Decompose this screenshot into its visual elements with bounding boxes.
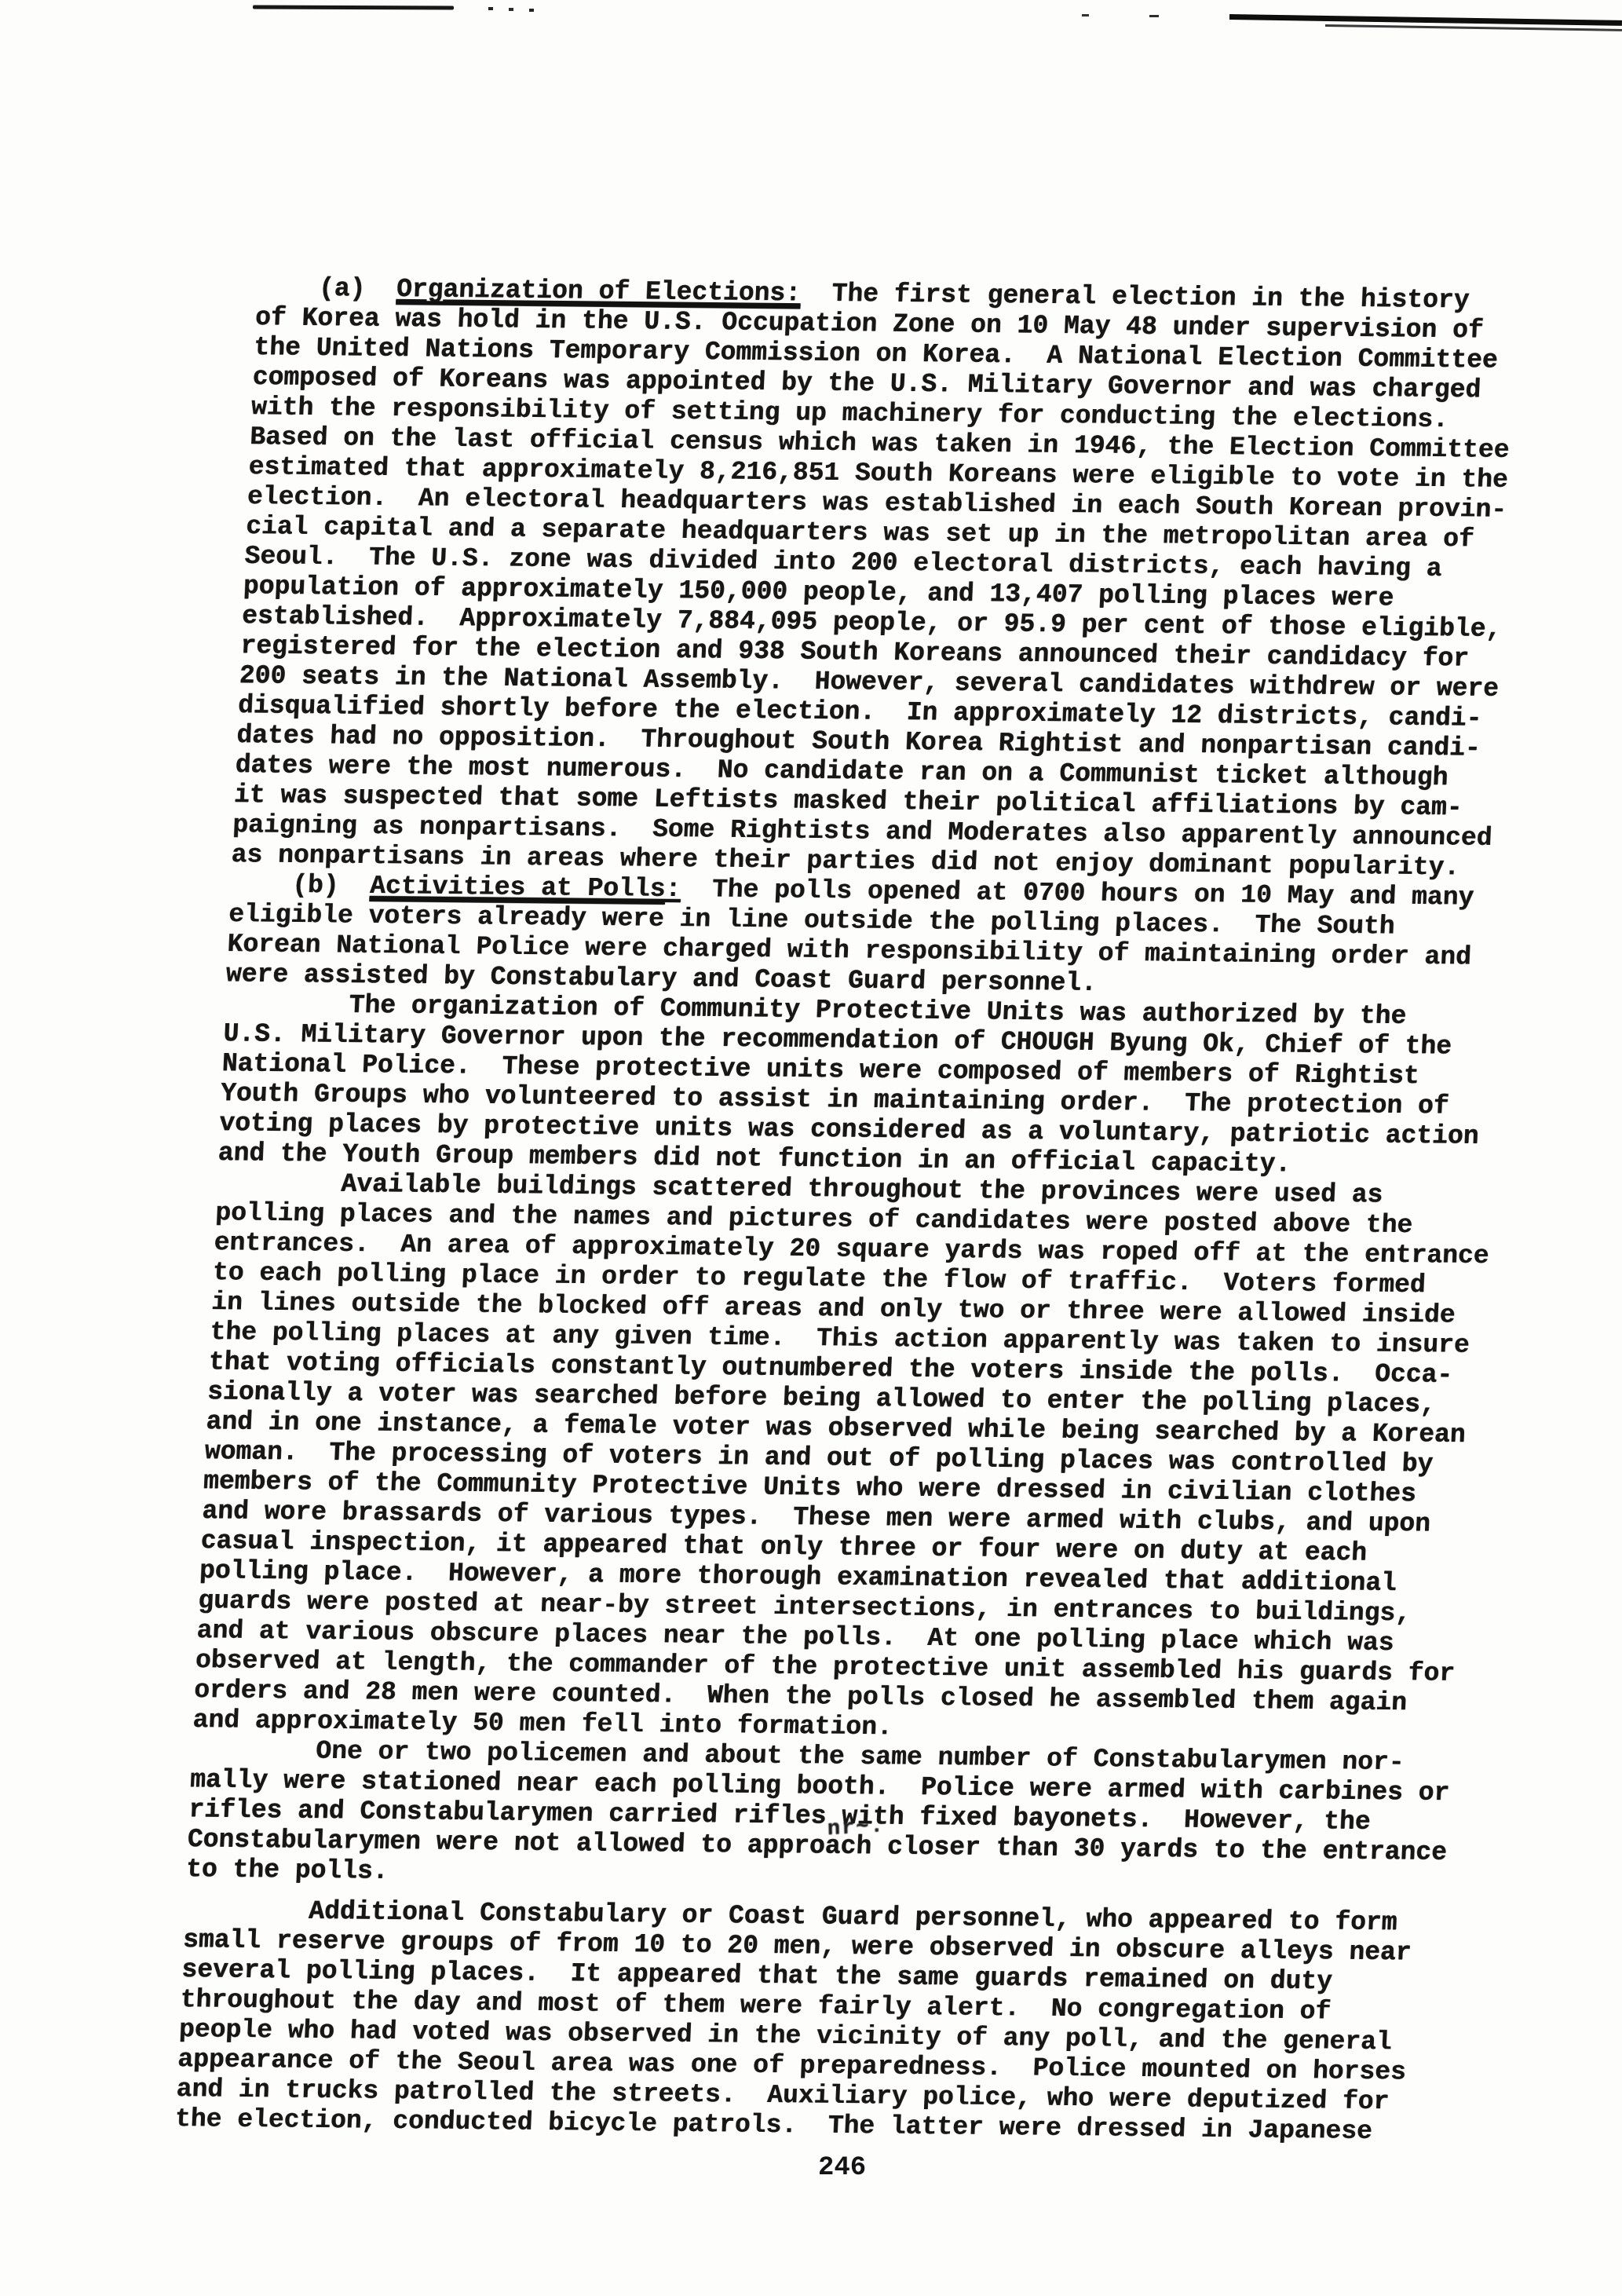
scan-artifact-top-right-line xyxy=(1229,14,1622,26)
text-segment: eligible xyxy=(228,900,369,930)
document-body: nr~. (a) Organization of Elections: The … xyxy=(174,214,1610,2148)
overstruck-text: was hold in the U.S. Occup xyxy=(395,305,801,338)
stray-typewriter-mark: nr~. xyxy=(827,1816,885,1841)
text-segment: to the polls. xyxy=(185,1855,389,1886)
overstruck-text: voters already were xyxy=(368,901,665,934)
page-number: 246 xyxy=(818,2153,866,2183)
text-segment: (b) xyxy=(229,870,371,901)
text-segment: of Korea xyxy=(254,303,396,334)
scan-artifact-top-right-line xyxy=(1325,24,1622,31)
scan-artifact-top-right-dot xyxy=(1149,15,1159,17)
scan-artifact-top-left-dots xyxy=(488,7,493,10)
scanned-document-page: { "page": { "number": "246" }, "scan_art… xyxy=(0,0,1622,2296)
text-segment: (a) xyxy=(256,273,397,304)
scan-artifact-top-left-line xyxy=(253,5,454,9)
underlined-heading: Activities at Polls: xyxy=(369,872,681,904)
underlined-heading: Organization of Elections: xyxy=(396,275,802,308)
scan-artifact-top-right-dot xyxy=(1082,14,1089,16)
